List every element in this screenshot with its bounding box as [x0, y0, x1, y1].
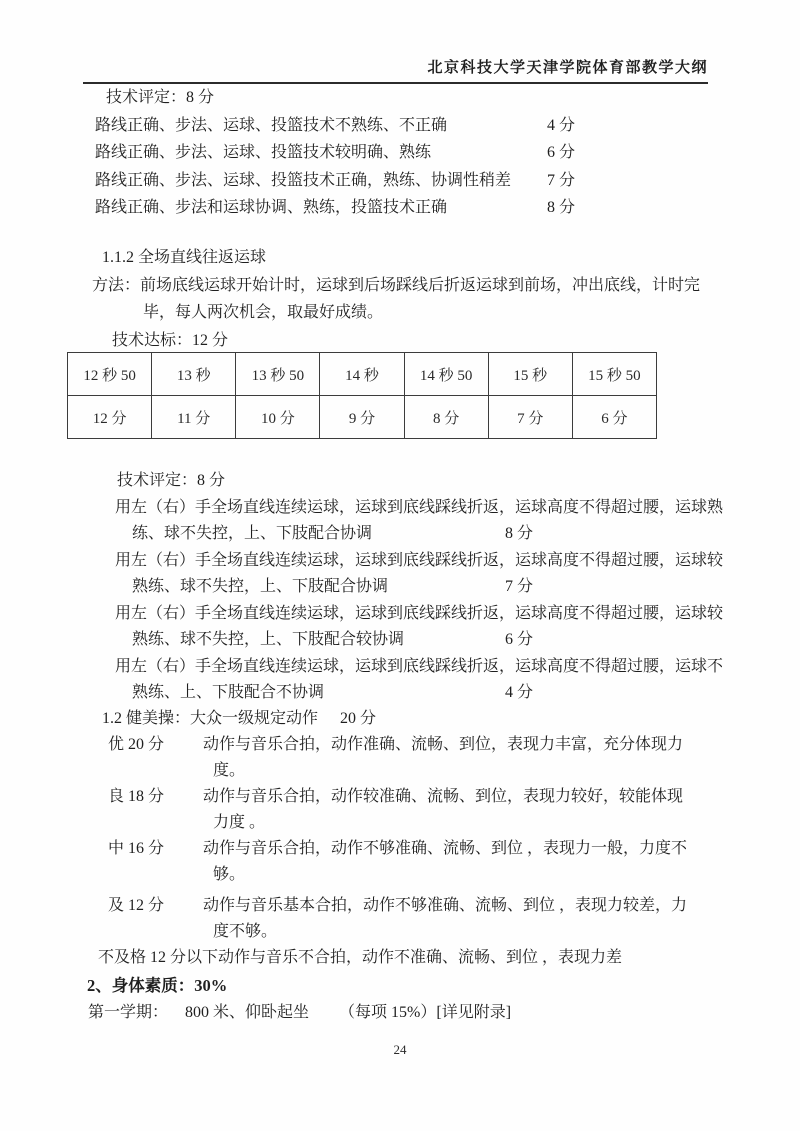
criteria-line-2: 熟练、上、下肢配合不协调 4 分 — [83, 680, 743, 707]
table-cell-score: 11 分 — [152, 396, 236, 439]
grade-description: 动作与音乐不合拍，动作不准确、流畅、到位 ，表现力差 — [218, 945, 743, 971]
table-cell-time: 15 秒 — [488, 353, 572, 396]
grade-desc-line: 度不够。 — [203, 919, 743, 945]
table-cell-time: 13 秒 50 — [236, 353, 320, 396]
criteria-line-1: 用左（右）手全场直线连续运球，运球到底线踩线折返，运球高度不得超过腰，运球较 — [83, 601, 743, 628]
grade-label: 不及格 12 分以下 — [98, 945, 218, 971]
grade-row-medium: 中 16 分 动作与音乐合拍，动作不够准确、流畅、到位 ，表现力一般，力度不 够… — [83, 836, 743, 888]
tech-eval-2-heading: 技术评定：8 分 — [83, 468, 743, 495]
section-tech-eval-1: 技术评定：8 分 路线正确、步法、运球、投篮技术不熟练、不正确 4 分 路线正确… — [83, 84, 743, 222]
method-line-2: 毕，每人两次机会，取最好成绩。 — [83, 299, 743, 327]
tech-eval-1-heading: 技术评定：8 分 — [83, 84, 743, 112]
grade-desc-line: 动作与音乐合拍，动作准确、流畅、到位，表现力丰富，充分体现力 — [203, 732, 743, 758]
table-cell-score: 7 分 — [488, 396, 572, 439]
score-table: 12 秒 50 13 秒 13 秒 50 14 秒 14 秒 50 15 秒 1… — [67, 352, 657, 439]
criteria-line-1: 用左（右）手全场直线连续运球，运球到底线踩线折返，运球高度不得超过腰，运球不 — [83, 654, 743, 681]
grade-label: 中 16 分 — [108, 836, 203, 888]
grade-label: 优 20 分 — [108, 732, 203, 784]
table-cell-time: 14 秒 — [320, 353, 404, 396]
table-cell-score: 10 分 — [236, 396, 320, 439]
grade-row-good: 良 18 分 动作与音乐合拍，动作较准确、流畅、到位，表现力较好，较能体现 力度… — [83, 784, 743, 836]
score-value: 4 分 — [547, 112, 575, 140]
section-dribble: 1.1.2 全场直线往返运球 方法：前场底线运球开始计时，运球到后场踩线后折返运… — [83, 244, 743, 354]
table-cell-score: 8 分 — [404, 396, 488, 439]
section-tech-eval-2: 技术评定：8 分 用左（右）手全场直线连续运球，运球到底线踩线折返，运球高度不得… — [83, 468, 743, 707]
grade-row-excellent: 优 20 分 动作与音乐合拍，动作准确、流畅、到位，表现力丰富，充分体现力 度。 — [83, 732, 743, 784]
table-cell-score: 12 分 — [68, 396, 152, 439]
standard-heading: 技术达标：12 分 — [83, 327, 743, 355]
table-row-times: 12 秒 50 13 秒 13 秒 50 14 秒 14 秒 50 15 秒 1… — [68, 353, 657, 396]
grade-desc-line: 动作与音乐不合拍，动作不准确、流畅、到位 ，表现力差 — [218, 945, 743, 971]
table-cell-time: 14 秒 50 — [404, 353, 488, 396]
term-label: 第一学期： — [88, 999, 168, 1026]
score-value: 7 分 — [547, 167, 575, 195]
table-cell-time: 13 秒 — [152, 353, 236, 396]
grade-desc-line: 动作与音乐基本合拍，动作不够准确、流畅、到位 ，表现力较差，力 — [203, 893, 743, 919]
aerobics-heading-text: 1.2 健美操：大众一级规定动作 — [102, 710, 318, 727]
grade-row-pass: 及 12 分 动作与音乐基本合拍，动作不够准确、流畅、到位 ，表现力较差，力 度… — [83, 893, 743, 945]
page-number: 24 — [0, 1042, 800, 1058]
score-value: 6 分 — [547, 139, 575, 167]
aerobics-heading-score: 20 分 — [340, 710, 376, 727]
score-value: 4 分 — [505, 680, 533, 707]
criteria-line: 路线正确、步法、运球、投篮技术不熟练、不正确 4 分 — [83, 112, 743, 140]
criteria-text: 练、球不失控，上、下肢配合协调 — [132, 525, 372, 542]
table-row-scores: 12 分 11 分 10 分 9 分 8 分 7 分 6 分 — [68, 396, 657, 439]
grade-description: 动作与音乐合拍，动作较准确、流畅、到位，表现力较好，较能体现 力度 。 — [203, 784, 743, 836]
score-value: 8 分 — [505, 521, 533, 548]
criteria-line-2: 熟练、球不失控，上、下肢配合较协调 6 分 — [83, 627, 743, 654]
grade-label: 良 18 分 — [108, 784, 203, 836]
criteria-line: 路线正确、步法、运球、投篮技术正确，熟练、协调性稍差 7 分 — [83, 167, 743, 195]
grade-row-fail: 不及格 12 分以下 动作与音乐不合拍，动作不准确、流畅、到位 ，表现力差 — [83, 945, 743, 971]
grade-description: 动作与音乐合拍，动作准确、流畅、到位，表现力丰富，充分体现力 度。 — [203, 732, 743, 784]
score-value: 8 分 — [547, 194, 575, 222]
grade-desc-line: 力度 。 — [203, 810, 743, 836]
criteria-text: 熟练、球不失控，上、下肢配合较协调 — [132, 631, 404, 648]
table-cell-score: 9 分 — [320, 396, 404, 439]
section-fitness: 2、身体素质：30% 第一学期： 800 米、仰卧起坐 （每项 15%）[详见附… — [83, 972, 743, 1026]
term-items: 800 米、仰卧起坐 — [185, 999, 309, 1026]
criteria-text: 路线正确、步法、运球、投篮技术不熟练、不正确 — [95, 117, 447, 134]
grade-description: 动作与音乐基本合拍，动作不够准确、流畅、到位 ，表现力较差，力 度不够。 — [203, 893, 743, 945]
grade-description: 动作与音乐合拍，动作不够准确、流畅、到位 ，表现力一般，力度不 够。 — [203, 836, 743, 888]
method-line-1: 方法：前场底线运球开始计时，运球到后场踩线后折返运球到前场，冲出底线，计时完 — [83, 272, 743, 300]
document-page: 北京科技大学天津学院体育部教学大纲 技术评定：8 分 路线正确、步法、运球、投篮… — [0, 0, 800, 1131]
criteria-line: 路线正确、步法、运球、投篮技术较明确、熟练 6 分 — [83, 139, 743, 167]
aerobics-heading: 1.2 健美操：大众一级规定动作 20 分 — [83, 706, 743, 732]
section-aerobics: 1.2 健美操：大众一级规定动作 20 分 优 20 分 动作与音乐合拍，动作准… — [83, 706, 743, 971]
table-cell-time: 15 秒 50 — [572, 353, 656, 396]
criteria-text: 路线正确、步法、运球、投篮技术正确，熟练、协调性稍差 — [95, 172, 511, 189]
table-cell-time: 12 秒 50 — [68, 353, 152, 396]
grade-desc-line: 动作与音乐合拍，动作不够准确、流畅、到位 ，表现力一般，力度不 — [203, 836, 743, 862]
fitness-heading: 2、身体素质：30% — [83, 972, 743, 999]
term-note: （每项 15%）[详见附录] — [339, 999, 511, 1026]
score-value: 6 分 — [505, 627, 533, 654]
criteria-line: 路线正确、步法和运球协调、熟练，投篮技术正确 8 分 — [83, 194, 743, 222]
criteria-text: 路线正确、步法、运球、投篮技术较明确、熟练 — [95, 144, 431, 161]
term-line: 第一学期： 800 米、仰卧起坐 （每项 15%）[详见附录] — [83, 999, 743, 1026]
header-title: 北京科技大学天津学院体育部教学大纲 — [83, 56, 708, 77]
grade-desc-line: 够。 — [203, 862, 743, 888]
grade-desc-line: 度。 — [203, 758, 743, 784]
table-cell-score: 6 分 — [572, 396, 656, 439]
grade-label: 及 12 分 — [108, 893, 203, 945]
grade-desc-line: 动作与音乐合拍，动作较准确、流畅、到位，表现力较好，较能体现 — [203, 784, 743, 810]
criteria-text: 熟练、球不失控，上、下肢配合协调 — [132, 578, 388, 595]
criteria-line-1: 用左（右）手全场直线连续运球，运球到底线踩线折返，运球高度不得超过腰，运球较 — [83, 548, 743, 575]
criteria-text: 熟练、上、下肢配合不协调 — [132, 684, 324, 701]
criteria-line-2: 熟练、球不失控，上、下肢配合协调 7 分 — [83, 574, 743, 601]
criteria-line-2: 练、球不失控，上、下肢配合协调 8 分 — [83, 521, 743, 548]
criteria-text: 路线正确、步法和运球协调、熟练，投篮技术正确 — [95, 199, 447, 216]
subsection-heading: 1.1.2 全场直线往返运球 — [83, 244, 743, 272]
score-value: 7 分 — [505, 574, 533, 601]
criteria-line-1: 用左（右）手全场直线连续运球，运球到底线踩线折返，运球高度不得超过腰，运球熟 — [83, 495, 743, 522]
